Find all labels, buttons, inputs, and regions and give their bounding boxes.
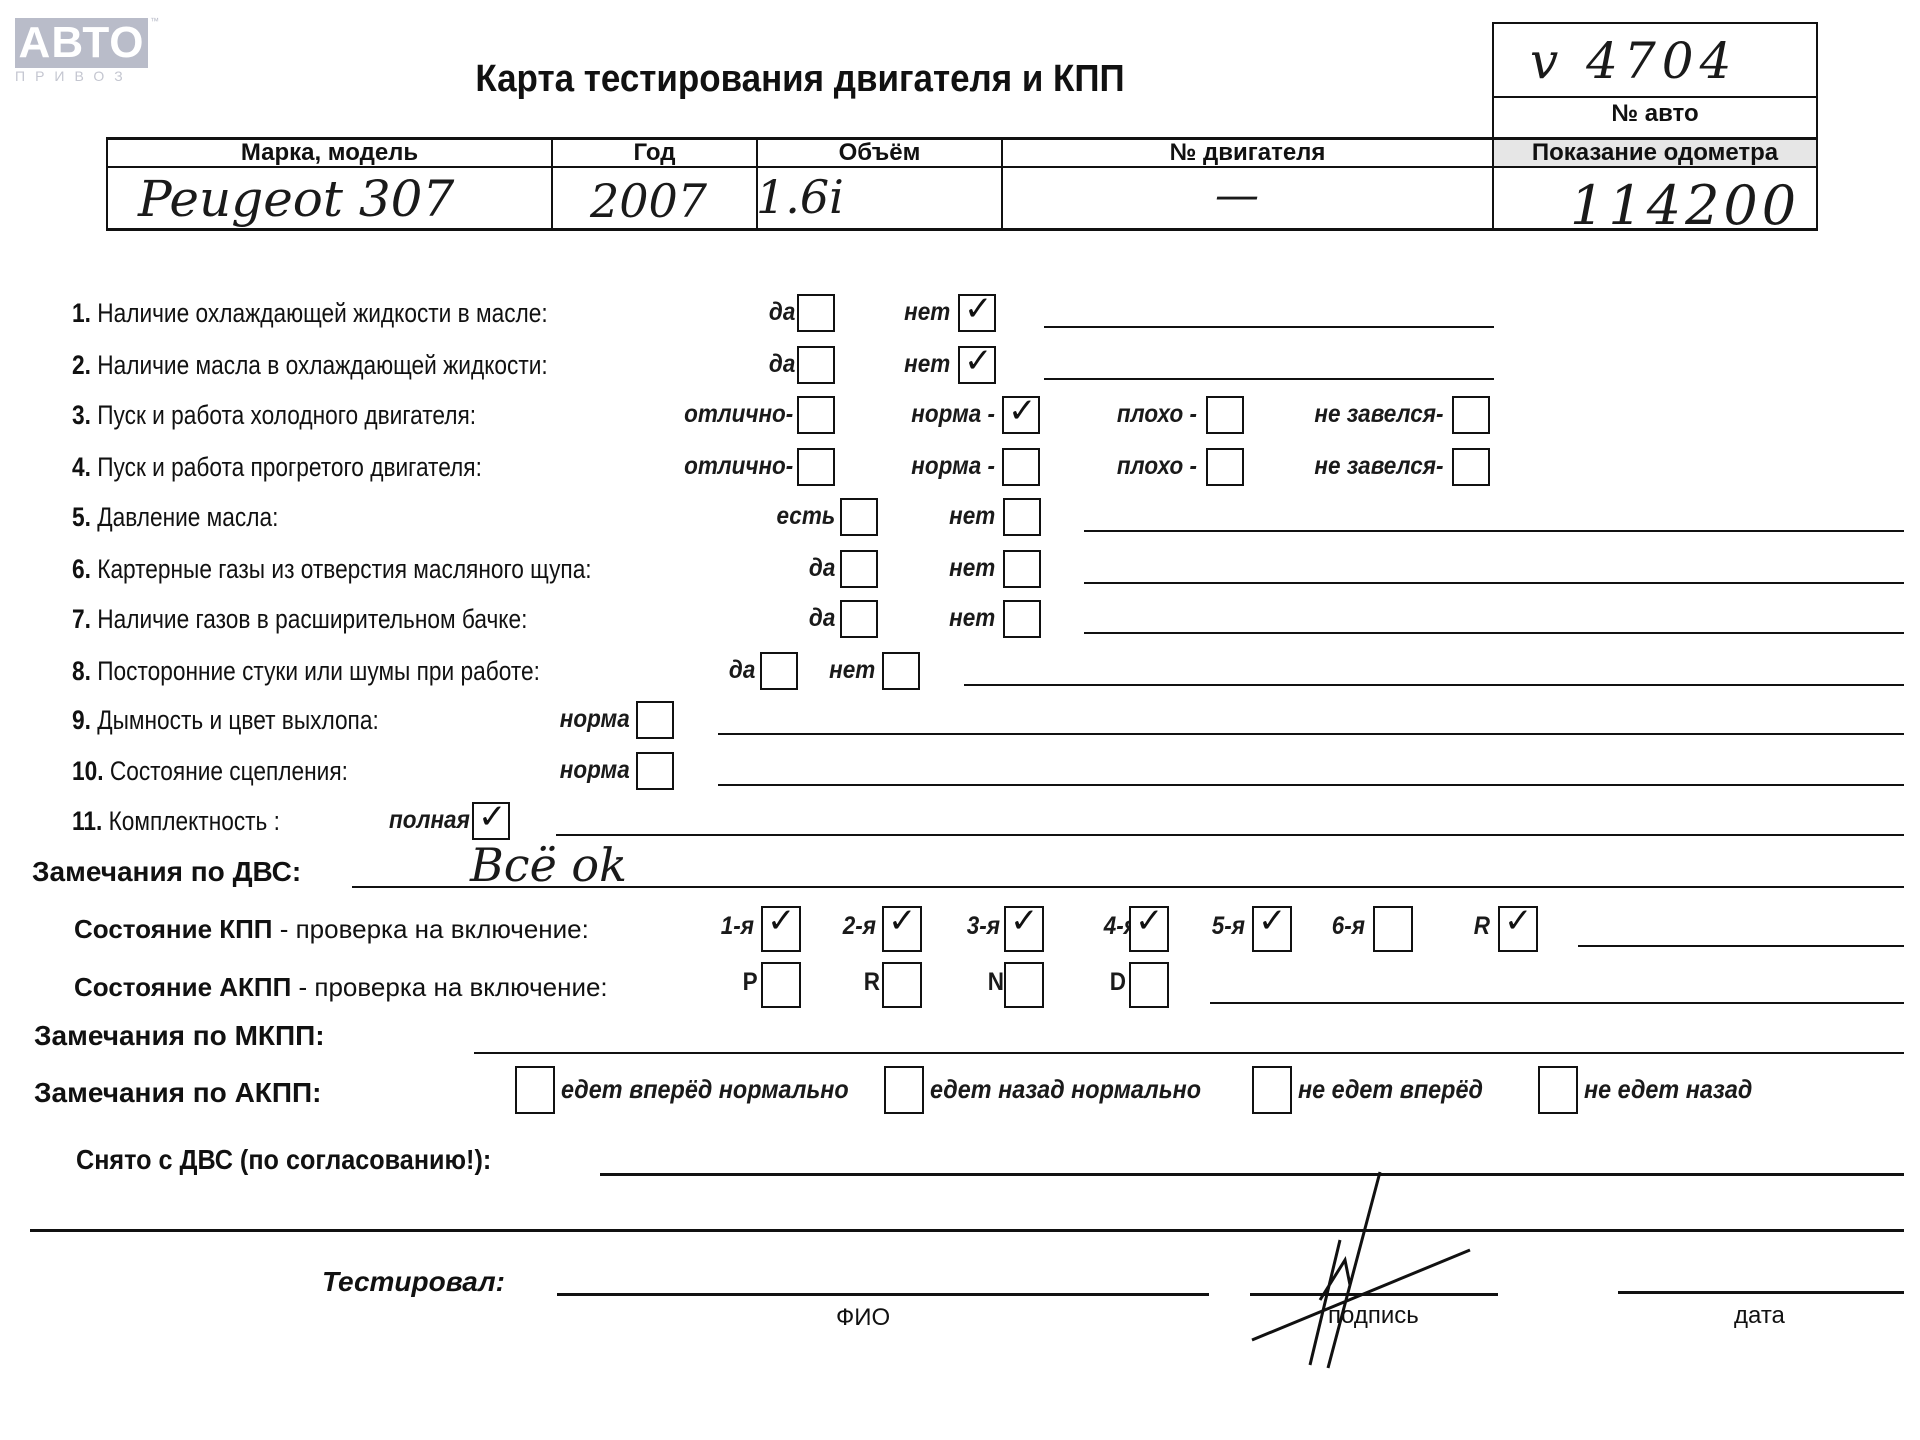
question-number: 4. xyxy=(72,452,97,482)
akpp-remark-label: едет назад нормально xyxy=(930,1074,1201,1105)
logo-subtitle: ПРИВОЗ xyxy=(15,68,155,84)
checkbox-q3-4[interactable] xyxy=(1452,396,1490,434)
question-text: Дымность и цвет выхлопа: xyxy=(97,705,379,735)
question-text: Наличие газов в расширительном бачке: xyxy=(97,604,527,634)
question-number: 11. xyxy=(72,806,109,836)
check-mark-icon: ✓ xyxy=(1258,902,1287,940)
checkbox-q7-1[interactable] xyxy=(840,600,878,638)
checkbox-q7-2[interactable] xyxy=(1003,600,1041,638)
mkpp-remarks-label: Замечания по МКПП: xyxy=(34,1020,325,1052)
kpp-label-bold: Состояние КПП xyxy=(74,914,273,944)
check-mark-icon: ✓ xyxy=(964,342,993,380)
question-3: 3. Пуск и работа холодного двигателя: xyxy=(72,400,476,431)
question-5: 5. Давление масла: xyxy=(72,502,278,533)
option-label: не завелся- xyxy=(1314,400,1443,429)
question-10: 10. Состояние сцепления: xyxy=(72,756,348,787)
question-text: Наличие масла в охлаждающей жидкости: xyxy=(97,350,547,380)
akpp-remark-label: не едет назад xyxy=(1584,1074,1752,1105)
question-4: 4. Пуск и работа прогретого двигателя: xyxy=(72,452,482,483)
table-bottom xyxy=(106,228,1818,231)
option-label: полная xyxy=(389,806,470,835)
question-6: 6. Картерные газы из отверстия масляного… xyxy=(72,554,592,585)
question-number: 6. xyxy=(72,554,97,584)
notes-line-q11[interactable] xyxy=(556,834,1904,836)
auto-box-top xyxy=(1492,22,1818,24)
mode-label: R xyxy=(864,968,880,997)
col-header-volume: Объём xyxy=(758,138,1001,167)
option-label: нет xyxy=(904,298,950,327)
checkbox-q9-1[interactable] xyxy=(636,701,674,739)
checkbox-gear-4-я[interactable]: ✓ xyxy=(1129,906,1169,952)
mode-label: P xyxy=(743,968,758,997)
checkbox-gear-5-я[interactable]: ✓ xyxy=(1252,906,1292,952)
checkbox-akpp-remark-2[interactable] xyxy=(884,1066,924,1114)
page-title: Карта тестирования двигателя и КПП xyxy=(432,58,1168,101)
dvs-remarks-label: Замечания по ДВС: xyxy=(32,856,301,888)
option-label: нет xyxy=(904,350,950,379)
checkbox-q4-3[interactable] xyxy=(1206,448,1244,486)
question-text: Наличие охлаждающей жидкости в масле: xyxy=(97,298,547,328)
option-label: нет xyxy=(829,656,875,685)
mode-label: D xyxy=(1110,968,1126,997)
option-label: да xyxy=(769,298,795,327)
option-label: есть xyxy=(776,502,835,531)
col-header-engine-number: № двигателя xyxy=(1003,138,1492,167)
option-label: норма - xyxy=(911,452,995,481)
gear-label: 5-я xyxy=(1212,912,1245,941)
checkbox-akpp-remark-3[interactable] xyxy=(1252,1066,1292,1114)
akpp-remarks-label: Замечания по АКПП: xyxy=(34,1077,321,1109)
gear-label: R xyxy=(1474,912,1490,941)
option-label: отлично- xyxy=(684,400,793,429)
col-header-make-model: Марка, модель xyxy=(108,138,551,167)
trademark: ™ xyxy=(150,16,159,26)
checkbox-mode-D[interactable] xyxy=(1129,962,1169,1008)
extra-line[interactable] xyxy=(30,1229,1904,1232)
checkbox-q10-1[interactable] xyxy=(636,752,674,790)
checkbox-mode-P[interactable] xyxy=(761,962,801,1008)
checkbox-q5-1[interactable] xyxy=(840,498,878,536)
akpp-label-rest: - проверка на включение: xyxy=(291,972,607,1002)
option-label: да xyxy=(809,554,835,583)
kpp-label: Состояние КПП - проверка на включение: xyxy=(74,914,589,945)
checkbox-q6-2[interactable] xyxy=(1003,550,1041,588)
checkbox-gear-1-я[interactable]: ✓ xyxy=(761,906,801,952)
question-number: 3. xyxy=(72,400,97,430)
auto-number-value: v 4704 xyxy=(1530,32,1737,90)
checkbox-q8-1[interactable] xyxy=(760,652,798,690)
date-line[interactable] xyxy=(1618,1291,1904,1294)
checkbox-q4-2[interactable] xyxy=(1002,448,1040,486)
notes-line-q2[interactable] xyxy=(1044,378,1494,380)
akpp-label: Состояние АКПП - проверка на включение: xyxy=(74,972,608,1003)
option-label: нет xyxy=(949,604,995,633)
akpp-notes-line[interactable] xyxy=(1210,1002,1904,1004)
mode-label: N xyxy=(988,968,1004,997)
check-mark-icon: ✓ xyxy=(888,902,917,940)
question-1: 1. Наличие охлаждающей жидкости в масле: xyxy=(72,298,548,329)
checkbox-q5-2[interactable] xyxy=(1003,498,1041,536)
auto-box-divider xyxy=(1492,96,1818,98)
question-number: 1. xyxy=(72,298,97,328)
checkbox-gear-3-я[interactable]: ✓ xyxy=(1004,906,1044,952)
option-label: нет xyxy=(949,554,995,583)
notes-line-q10[interactable] xyxy=(718,784,1904,786)
question-number: 7. xyxy=(72,604,97,634)
checkbox-q3-3[interactable] xyxy=(1206,396,1244,434)
option-label: плохо - xyxy=(1117,452,1197,481)
checkbox-q3-2[interactable]: ✓ xyxy=(1002,396,1040,434)
option-label: нет xyxy=(949,502,995,531)
col-header-odometer: Показание одометра xyxy=(1494,138,1816,167)
logo: АВТО xyxy=(15,18,148,68)
question-number: 5. xyxy=(72,502,97,532)
notes-line-q8[interactable] xyxy=(964,684,1904,686)
engine-number-value: — xyxy=(1215,170,1259,221)
odometer-value: 114200 xyxy=(1570,174,1800,237)
question-number: 10. xyxy=(72,756,110,786)
option-label: отлично- xyxy=(684,452,793,481)
gear-label: 6-я xyxy=(1332,912,1365,941)
question-text: Состояние сцепления: xyxy=(110,756,348,786)
make-model-value: Peugeot 307 xyxy=(138,170,454,228)
col-header-year: Год xyxy=(553,138,756,167)
question-number: 9. xyxy=(72,705,97,735)
checkbox-gear-6-я[interactable] xyxy=(1373,906,1413,952)
question-text: Пуск и работа холодного двигателя: xyxy=(97,400,476,430)
checkbox-q1-2[interactable]: ✓ xyxy=(958,294,996,332)
question-8: 8. Посторонние стуки или шумы при работе… xyxy=(72,656,540,687)
auto-number-label: № авто xyxy=(1492,100,1818,128)
checkbox-mode-N[interactable] xyxy=(1004,962,1044,1008)
gear-label: 1-я xyxy=(721,912,754,941)
date-caption: дата xyxy=(1734,1302,1785,1330)
gear-label: 3-я xyxy=(967,912,1000,941)
notes-line-q7[interactable] xyxy=(1084,632,1904,634)
check-mark-icon: ✓ xyxy=(478,798,507,836)
kpp-label-rest: - проверка на включение: xyxy=(273,914,589,944)
check-mark-icon: ✓ xyxy=(1504,902,1533,940)
notes-line-q6[interactable] xyxy=(1084,582,1904,584)
checkbox-q1-1[interactable] xyxy=(797,294,835,332)
check-mark-icon: ✓ xyxy=(1010,902,1039,940)
checkbox-akpp-remark-4[interactable] xyxy=(1538,1066,1578,1114)
notes-line-q5[interactable] xyxy=(1084,530,1904,532)
option-label: да xyxy=(809,604,835,633)
checkbox-q2-1[interactable] xyxy=(797,346,835,384)
gear-label: 2-я xyxy=(843,912,876,941)
removed-from-engine-label: Снято с ДВС (по согласованию!): xyxy=(76,1144,491,1176)
question-9: 9. Дымность и цвет выхлопа: xyxy=(72,705,379,736)
mkpp-remarks-line[interactable] xyxy=(474,1052,1904,1054)
checkbox-q6-1[interactable] xyxy=(840,550,878,588)
option-label: не завелся- xyxy=(1314,452,1443,481)
checkbox-q8-2[interactable] xyxy=(882,652,920,690)
option-label: плохо - xyxy=(1117,400,1197,429)
question-text: Давление масла: xyxy=(97,502,278,532)
question-text: Пуск и работа прогретого двигателя: xyxy=(97,452,482,482)
checkbox-q4-1[interactable] xyxy=(797,448,835,486)
checkbox-gear-R[interactable]: ✓ xyxy=(1498,906,1538,952)
check-mark-icon: ✓ xyxy=(964,290,993,328)
fio-line[interactable] xyxy=(557,1293,1209,1296)
question-text: Посторонние стуки или шумы при работе: xyxy=(97,656,540,686)
question-text: Комплектность : xyxy=(109,806,280,836)
question-number: 8. xyxy=(72,656,97,686)
option-label: норма xyxy=(560,705,630,734)
dvs-remarks-value: Всё ok xyxy=(470,838,627,892)
checkbox-q2-2[interactable]: ✓ xyxy=(958,346,996,384)
signature-scribble xyxy=(1240,1160,1480,1380)
question-11: 11. Комплектность : xyxy=(72,806,280,837)
notes-line-q9[interactable] xyxy=(718,733,1904,735)
check-mark-icon: ✓ xyxy=(1135,902,1164,940)
option-label: да xyxy=(729,656,755,685)
kpp-notes-line[interactable] xyxy=(1578,945,1904,947)
akpp-label-bold: Состояние АКПП xyxy=(74,972,291,1002)
checkbox-mode-R[interactable] xyxy=(882,962,922,1008)
akpp-remark-label: едет вперёд нормально xyxy=(561,1074,849,1105)
question-text: Картерные газы из отверстия масляного щу… xyxy=(97,554,591,584)
option-label: норма - xyxy=(911,400,995,429)
checkbox-q3-1[interactable] xyxy=(797,396,835,434)
checkbox-gear-2-я[interactable]: ✓ xyxy=(882,906,922,952)
option-label: норма xyxy=(560,756,630,785)
tested-by-label: Тестировал: xyxy=(322,1266,505,1298)
checkbox-akpp-remark-1[interactable] xyxy=(515,1066,555,1114)
akpp-remark-label: не едет вперёд xyxy=(1298,1074,1483,1105)
fio-caption: ФИО xyxy=(836,1304,890,1332)
notes-line-q1[interactable] xyxy=(1044,326,1494,328)
question-number: 2. xyxy=(72,350,97,380)
option-label: да xyxy=(769,350,795,379)
volume-value: 1.6i xyxy=(756,170,844,224)
question-2: 2. Наличие масла в охлаждающей жидкости: xyxy=(72,350,548,381)
check-mark-icon: ✓ xyxy=(767,902,796,940)
year-value: 2007 xyxy=(590,174,707,228)
checkbox-q11-1[interactable]: ✓ xyxy=(472,802,510,840)
question-7: 7. Наличие газов в расширительном бачке: xyxy=(72,604,527,635)
check-mark-icon: ✓ xyxy=(1008,392,1037,430)
checkbox-q4-4[interactable] xyxy=(1452,448,1490,486)
